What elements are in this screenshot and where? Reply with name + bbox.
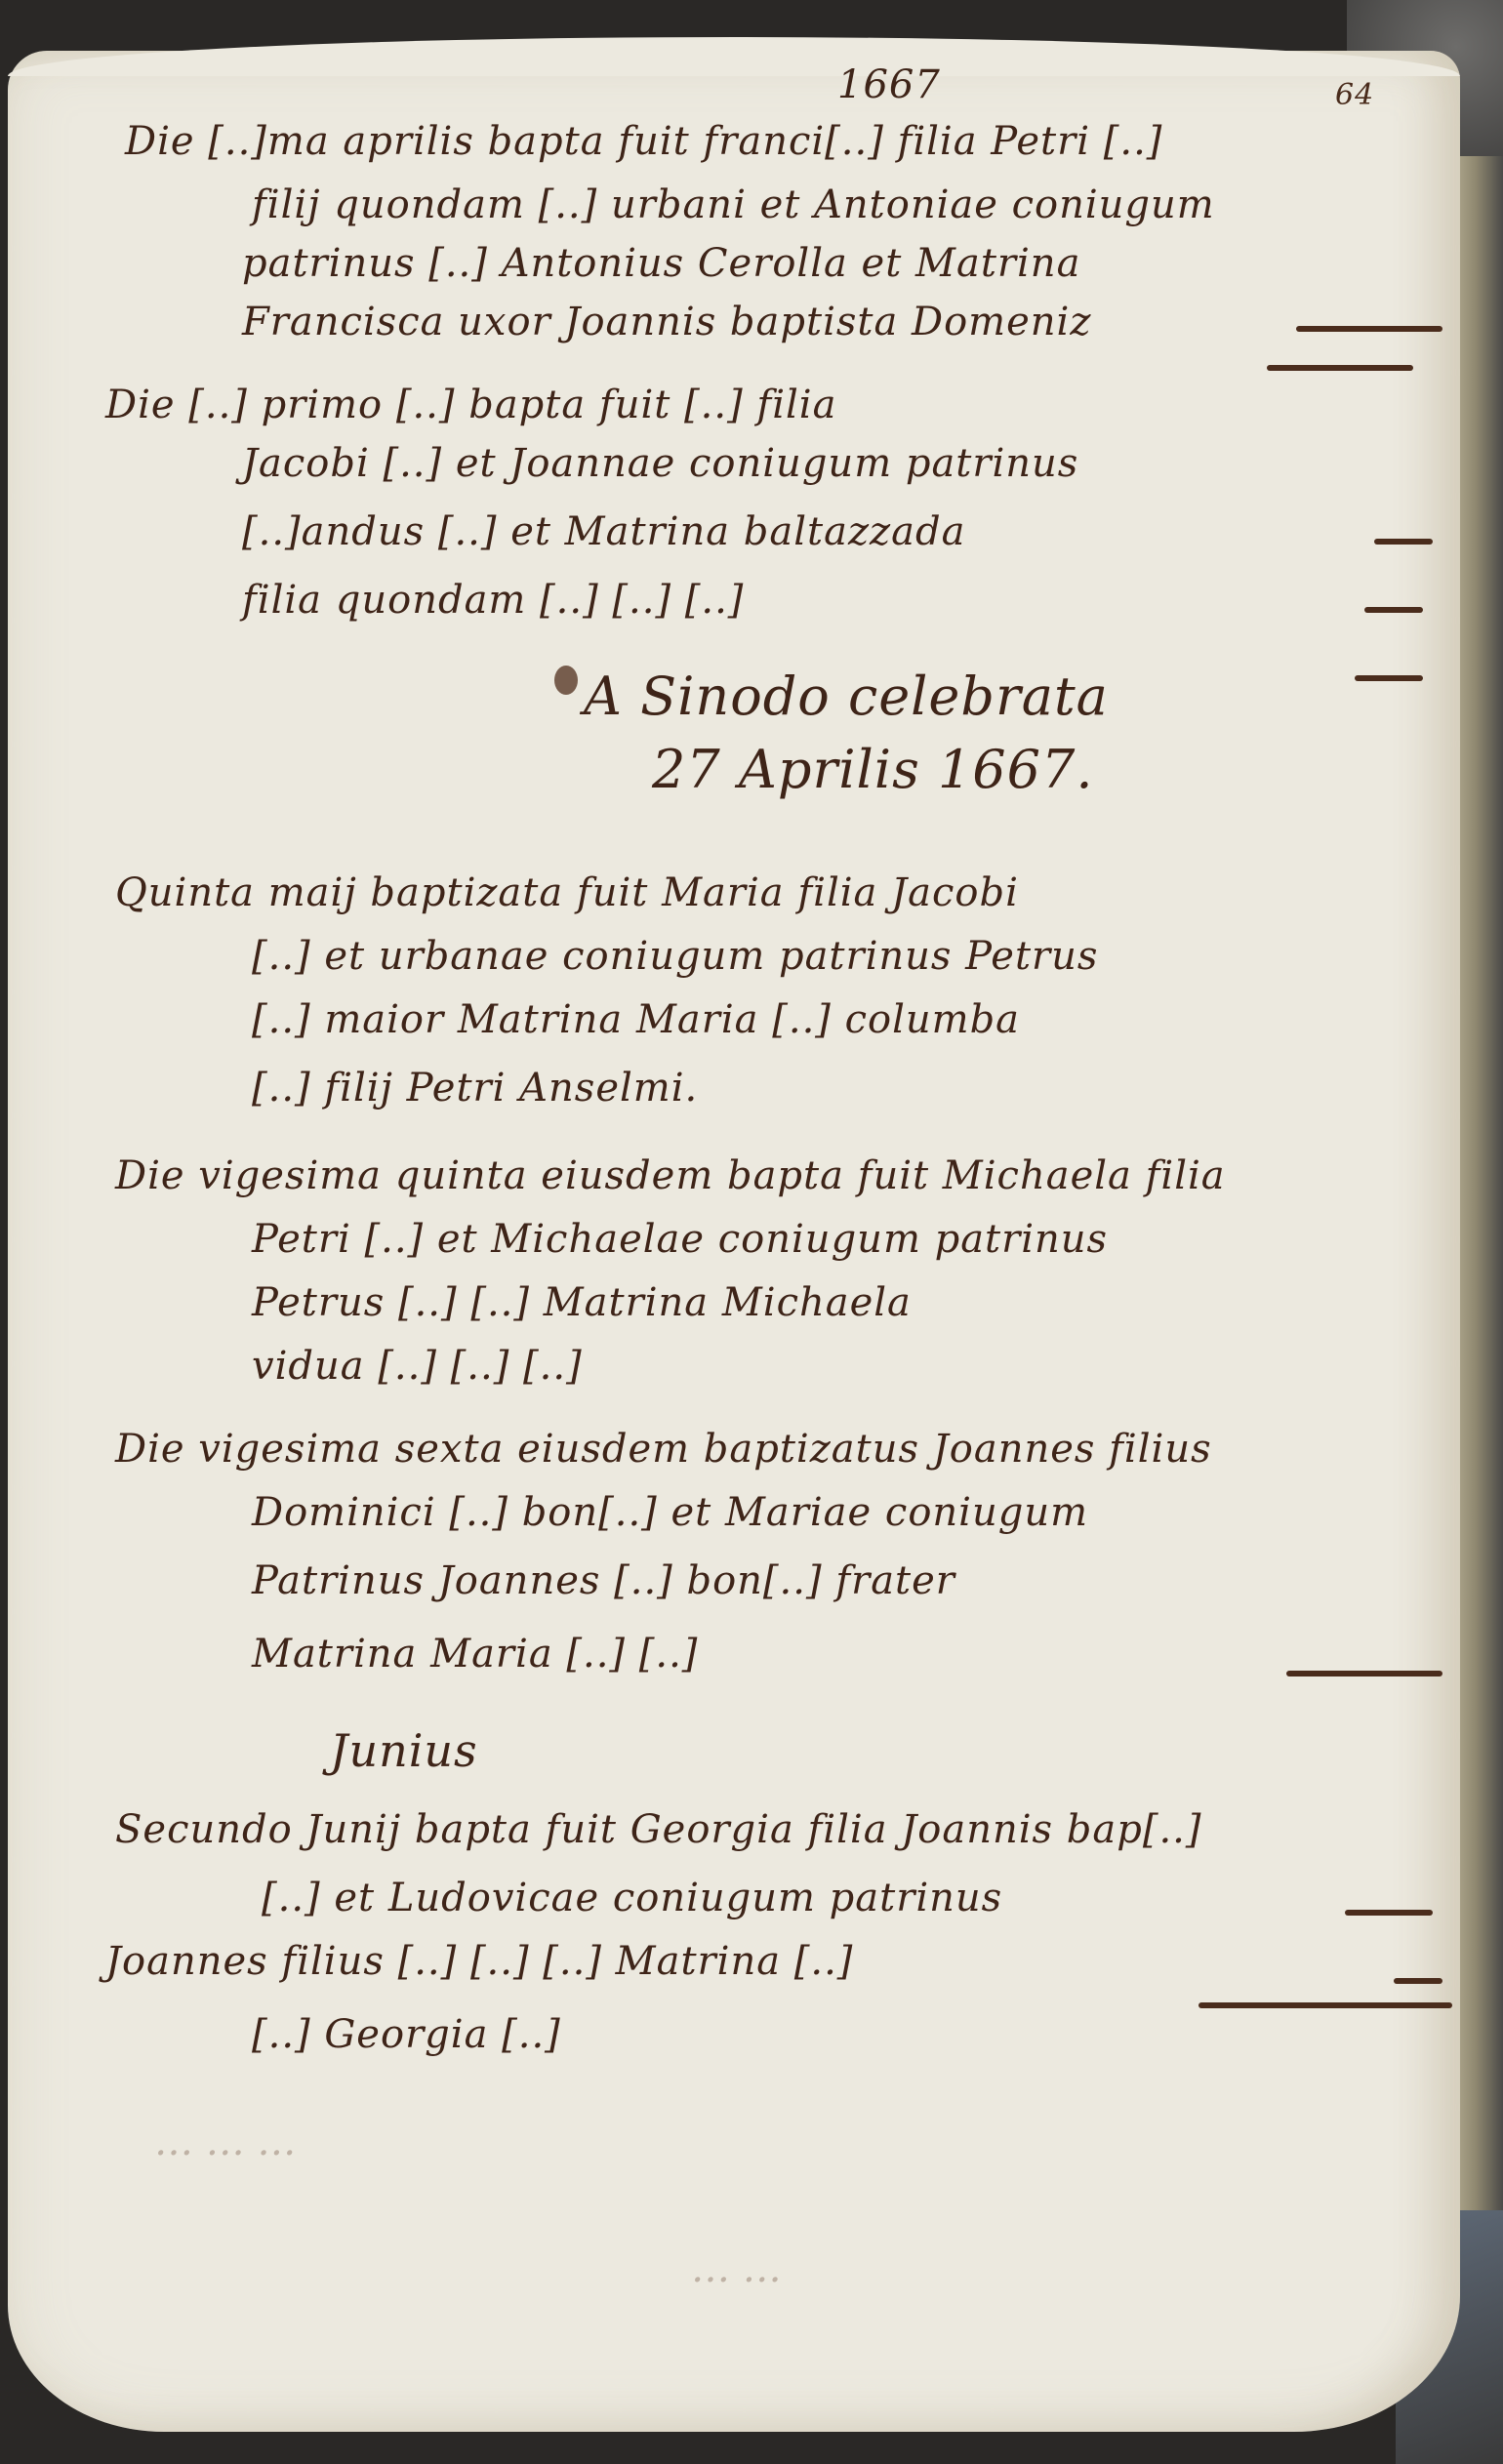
entry-line: Dominici [..] bon[..] et Mariae coniugum [252,1490,1088,1535]
line-fill-dash [1296,326,1442,332]
entry-line: Secundo Junij bapta fuit Georgia filia J… [115,1807,1201,1852]
entry-line: vidua [..] [..] [..] [252,1344,583,1389]
entry-line: filia quondam [..] [..] [..] [242,578,744,623]
ink-blot [554,666,578,695]
line-fill-dash [1374,539,1433,545]
line-fill-dash [1267,365,1413,371]
entry-line: Die [..]ma aprilis bapta fuit franci[..]… [125,119,1162,164]
entry-line: [..] maior Matrina Maria [..] columba [252,997,1020,1042]
entry-line: Quinta maij baptizata fuit Maria filia J… [115,870,1019,915]
manuscript-page: … … … … … 64 1667 Die [..]ma aprilis bap… [8,51,1460,2432]
month-heading: Junius [330,1724,478,1777]
entry-line: Petrus [..] [..] Matrina Michaela [252,1280,912,1325]
entry-line: Die [..] primo [..] bapta fuit [..] fili… [105,383,836,427]
entry-line: [..] et urbanae coniugum patrinus Petrus [252,934,1098,979]
synod-heading-line1: A Sinodo celebrata [584,666,1109,727]
page-number: 64 [1335,78,1374,112]
line-fill-dash [1198,2002,1452,2008]
line-fill-dash [1355,675,1423,681]
entry-line: [..]andus [..] et Matrina baltazzada [242,509,965,554]
line-fill-dash [1286,1671,1442,1676]
page-top-edge [8,37,1460,76]
entry-line: patrinus [..] Antonius Cerolla et Matrin… [242,241,1080,286]
line-fill-dash [1394,1978,1442,1984]
bleed-through-text: … … [691,2246,782,2291]
entry-line: filij quondam [..] urbani et Antoniae co… [252,182,1215,227]
entry-line: [..] Georgia [..] [252,2012,561,2057]
entry-line: [..] et Ludovicae coniugum patrinus [262,1876,1002,1920]
bleed-through-text: … … … [154,2120,296,2164]
entry-line: Francisca uxor Joannis baptista Domeniz [242,300,1091,344]
entry-line: Jacobi [..] et Joannae coniugum patrinus [242,441,1078,486]
entry-line: Die vigesima quinta eiusdem bapta fuit M… [115,1153,1226,1198]
entry-line: Patrinus Joannes [..] bon[..] frater [252,1558,955,1603]
synod-heading-date: 27 Aprilis 1667. [652,739,1094,800]
entry-line: Petri [..] et Michaelae coniugum patrinu… [252,1217,1108,1262]
entry-line: Die vigesima sexta eiusdem baptizatus Jo… [115,1427,1212,1472]
line-fill-dash [1345,1910,1433,1916]
entry-line: [..] filij Petri Anselmi. [252,1066,698,1111]
line-fill-dash [1364,607,1423,613]
entry-line: Joannes filius [..] [..] [..] Matrina [.… [105,1939,853,1984]
entry-line: Matrina Maria [..] [..] [252,1632,698,1676]
year-annotation: 1667 [837,62,941,107]
